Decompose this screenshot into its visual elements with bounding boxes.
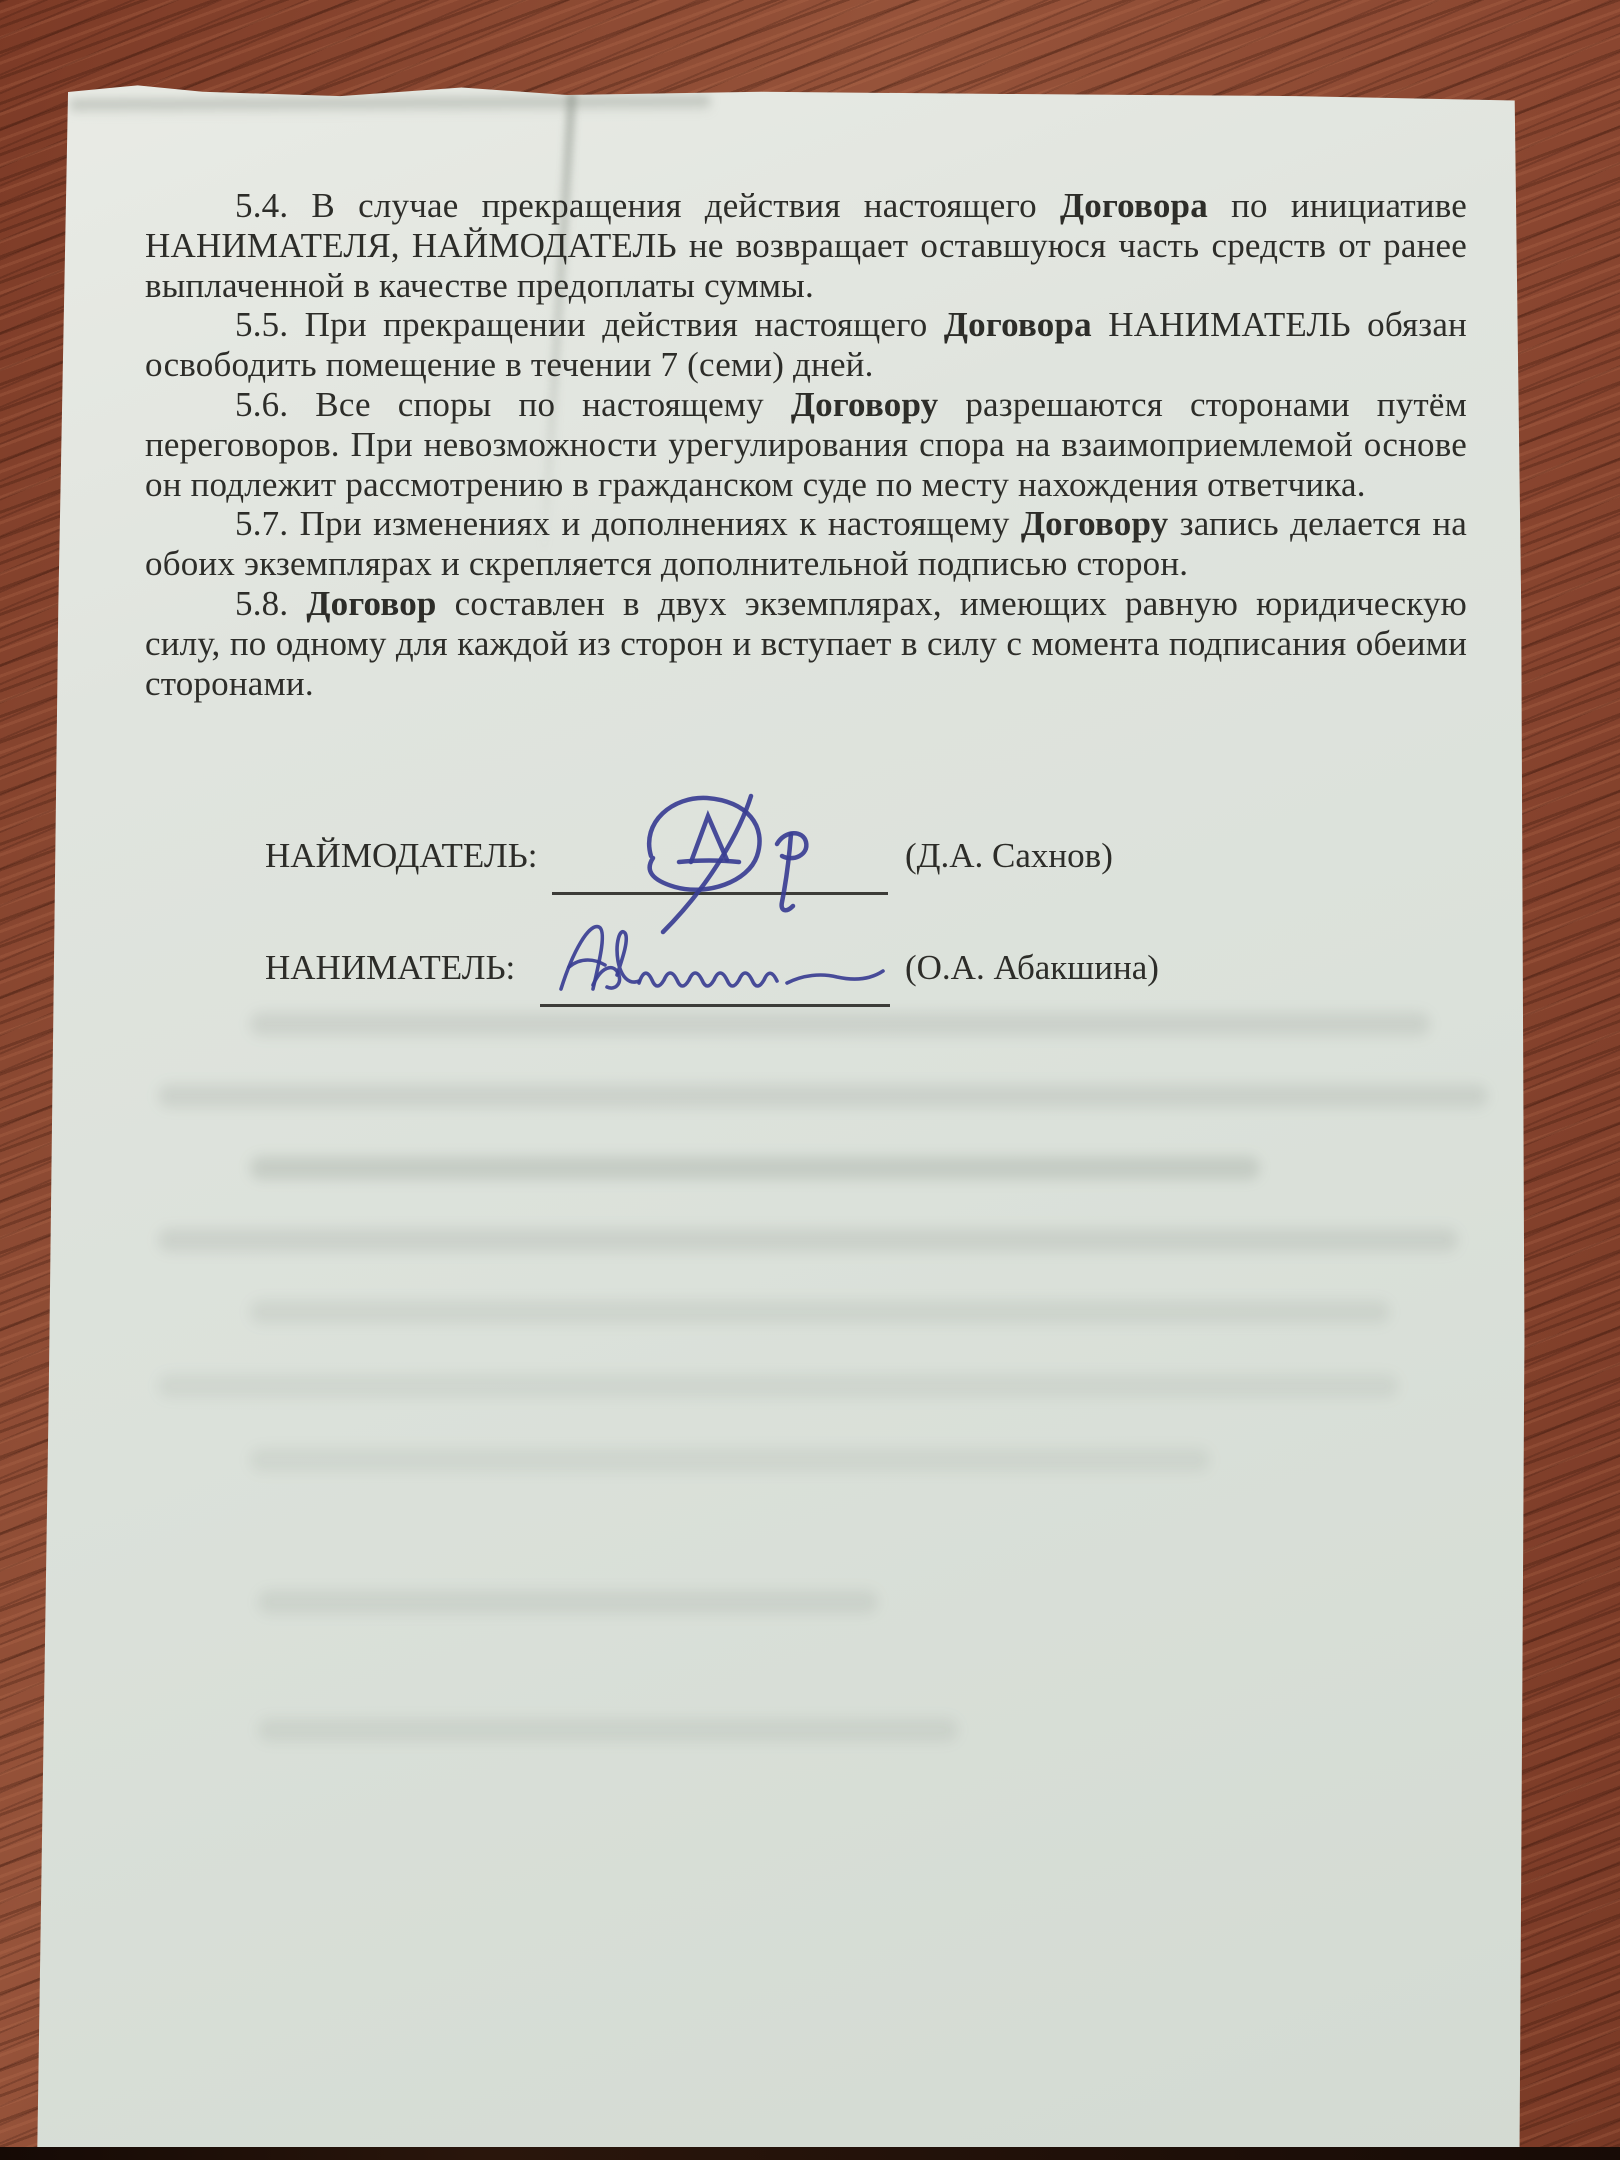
landlord-label: НАЙМОДАТЕЛЬ: (265, 836, 537, 876)
landlord-name: (Д.А. Сахнов) (905, 836, 1113, 876)
bleed-through-line (250, 1448, 1210, 1472)
contract-page: 5.4. В случае прекращения действия насто… (0, 0, 1620, 2160)
tenant-label: НАНИМАТЕЛЬ: (265, 948, 515, 988)
table-edge-shadow (0, 2147, 1620, 2160)
paragraph: 5.5. При прекращении действия настоящего… (145, 305, 1467, 385)
paper-curl-shadow (70, 96, 710, 115)
bleed-through-line (158, 1228, 1458, 1252)
tenant-signature-icon (545, 905, 905, 1015)
photo-scene: 5.4. В случае прекращения действия насто… (0, 0, 1620, 2160)
bleed-through-line (250, 1156, 1260, 1180)
bleed-through-line (258, 1718, 958, 1742)
paragraph: 5.4. В случае прекращения действия насто… (145, 186, 1467, 305)
paragraph: 5.7. При изменениях и дополнениях к наст… (145, 504, 1467, 584)
tenant-name: (О.А. Абакшина) (905, 948, 1159, 988)
bleed-through-line (250, 1300, 1390, 1324)
bleed-through-line (258, 1590, 878, 1614)
bleed-through-line (158, 1084, 1488, 1108)
bleed-through-line (158, 1374, 1398, 1398)
bleed-through-line (250, 1012, 1430, 1036)
paragraph: 5.8. Договор составлен в двух экземпляра… (145, 584, 1467, 703)
paragraph: 5.6. Все споры по настоящему Договору ра… (145, 385, 1467, 504)
contract-text: 5.4. В случае прекращения действия насто… (145, 186, 1467, 703)
